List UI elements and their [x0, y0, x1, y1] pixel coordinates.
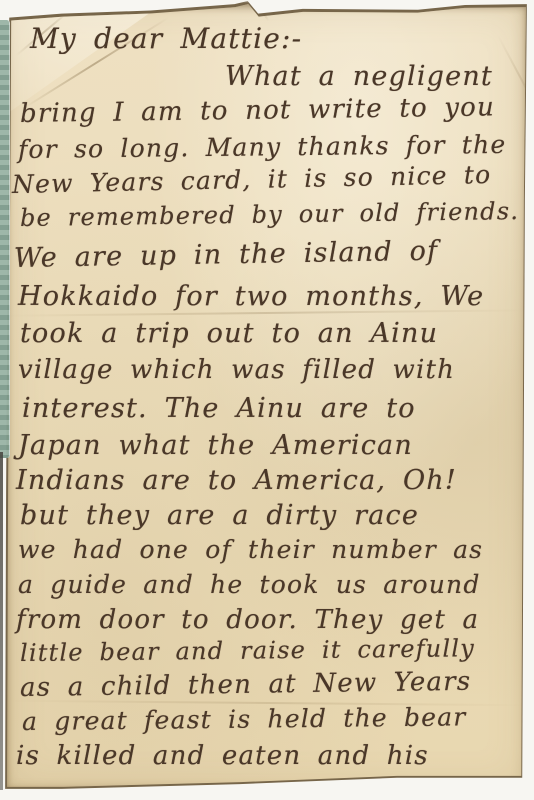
top-edge-nick: [248, 0, 269, 21]
wrinkle: [497, 35, 534, 115]
deckle-edge: [0, 20, 10, 458]
letter-line: little bear and raise it carefully: [20, 634, 475, 667]
letter-line: a great feast is held the bear: [22, 702, 467, 736]
letter-line: My dear Mattie:-: [30, 22, 302, 55]
letter-line: New Years card, it is so nice to: [12, 160, 492, 199]
letter-line: is killed and eaten and his: [16, 741, 429, 771]
letter-line: Japan what the American: [18, 430, 413, 461]
letter-line: We are up in the island of: [14, 236, 439, 274]
letter-line: but they are a dirty race: [20, 500, 419, 531]
letter-paper: My dear Mattie:- What a negligent bring …: [6, 4, 527, 790]
letter-line: be remembered by our old friends.: [20, 197, 519, 232]
letter-line: we had one of their number as: [18, 535, 483, 564]
letter-line: Hokkaido for two months, We: [18, 281, 484, 312]
scan-edge-shadow: [0, 452, 3, 790]
letter-line: Indians are to America, Oh!: [16, 465, 457, 496]
scanned-letter-page: My dear Mattie:- What a negligent bring …: [0, 0, 534, 800]
letter-line: as a child then at New Years: [20, 667, 472, 703]
letter-line: village which was filled with: [18, 355, 455, 385]
letter-line: a guide and he took us around: [18, 570, 481, 599]
letter-line: What a negligent: [225, 61, 493, 92]
letter-line: interest. The Ainu are to: [22, 393, 416, 424]
letter-line: from door to door. They get a: [16, 605, 479, 635]
letter-line: took a trip out to an Ainu: [20, 318, 438, 349]
letter-line: bring I am to not write to you: [20, 92, 495, 129]
letter-line: for so long. Many thanks for the: [18, 130, 507, 164]
